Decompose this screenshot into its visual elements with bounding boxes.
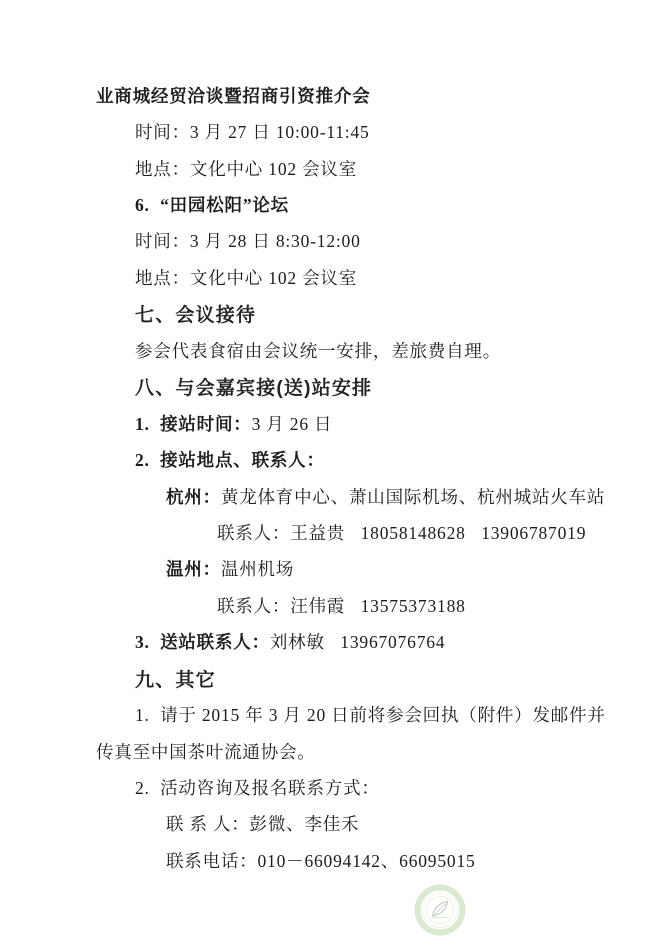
text-segment: 七、会议接待 <box>135 300 256 327</box>
text-segment: 温州： <box>166 556 221 581</box>
text-segment: 6. “田园松阳”论坛 <box>135 192 289 217</box>
text-segment: 传真至中国茶叶流通协会。 <box>96 739 316 764</box>
text-segment: 八、与会嘉宾接(送)站安排 <box>135 373 372 400</box>
text-segment: 联系人：汪伟霞 13575373188 <box>217 593 466 618</box>
text-line: 传真至中国茶叶流通协会。 <box>0 733 671 769</box>
text-segment: 2. 活动咨询及报名联系方式： <box>135 775 380 800</box>
text-segment: 地点：文化中心 102 会议室 <box>135 265 357 290</box>
text-segment: 2. 接站地点、联系人： <box>135 447 325 472</box>
text-segment: 地点：文化中心 102 会议室 <box>135 156 357 181</box>
text-line: 七、会议接待 <box>0 296 671 332</box>
text-line: 联系人：王益贵 18058148628 13906787019 <box>0 514 671 550</box>
text-segment: 刘林敏 13967076764 <box>270 629 445 654</box>
text-segment: 3 月 26 日 <box>252 411 333 436</box>
text-segment: 联 系 人：彭微、李佳禾 <box>166 811 359 836</box>
text-line: 八、与会嘉宾接(送)站安排 <box>0 369 671 405</box>
text-line: 联 系 人：彭微、李佳禾 <box>0 806 671 842</box>
text-line: 地点：文化中心 102 会议室 <box>0 259 671 295</box>
text-segment: 联系电话：010－66094142、66095015 <box>166 848 476 873</box>
text-line: 2. 活动咨询及报名联系方式： <box>0 769 671 805</box>
text-line: 1. 请于 2015 年 3 月 20 日前将参会回执（附件）发邮件并 <box>0 696 671 732</box>
text-segment: 温州机场 <box>221 556 294 581</box>
leaf-logo-icon <box>414 884 466 936</box>
text-line: 时间：3 月 28 日 8:30-12:00 <box>0 223 671 259</box>
text-line: 1. 接站时间：3 月 26 日 <box>0 405 671 441</box>
text-line: 业商城经贸洽谈暨招商引资推介会 <box>0 77 671 113</box>
text-line: 九、其它 <box>0 660 671 696</box>
document-body: 业商城经贸洽谈暨招商引资推介会时间：3 月 27 日 10:00-11:45地点… <box>0 77 671 879</box>
text-segment: 3. 送站联系人： <box>135 629 270 654</box>
text-segment: 联系人：王益贵 18058148628 13906787019 <box>217 520 586 545</box>
text-line: 3. 送站联系人：刘林敏 13967076764 <box>0 624 671 660</box>
text-line: 温州：温州机场 <box>0 551 671 587</box>
text-line: 参会代表食宿由会议统一安排，差旅费自理。 <box>0 332 671 368</box>
text-line: 地点：文化中心 102 会议室 <box>0 150 671 186</box>
text-segment: 参会代表食宿由会议统一安排，差旅费自理。 <box>135 338 501 363</box>
text-segment: 杭州： <box>166 484 221 509</box>
text-line: 杭州：黄龙体育中心、萧山国际机场、杭州城站火车站 <box>0 478 671 514</box>
text-segment: 九、其它 <box>135 665 216 692</box>
text-line: 联系电话：010－66094142、66095015 <box>0 842 671 878</box>
text-segment: 业商城经贸洽谈暨招商引资推介会 <box>96 83 371 108</box>
text-segment: 时间：3 月 28 日 8:30-12:00 <box>135 228 361 253</box>
text-line: 6. “田园松阳”论坛 <box>0 186 671 222</box>
text-segment: 1. 接站时间： <box>135 411 252 436</box>
document-page: 业商城经贸洽谈暨招商引资推介会时间：3 月 27 日 10:00-11:45地点… <box>0 0 671 950</box>
text-segment: 1. 请于 2015 年 3 月 20 日前将参会回执（附件）发邮件并 <box>135 702 606 727</box>
text-line: 2. 接站地点、联系人： <box>0 441 671 477</box>
text-line: 联系人：汪伟霞 13575373188 <box>0 587 671 623</box>
text-line: 时间：3 月 27 日 10:00-11:45 <box>0 113 671 149</box>
text-segment: 黄龙体育中心、萧山国际机场、杭州城站火车站 <box>221 484 605 509</box>
text-segment: 时间：3 月 27 日 10:00-11:45 <box>135 119 370 144</box>
